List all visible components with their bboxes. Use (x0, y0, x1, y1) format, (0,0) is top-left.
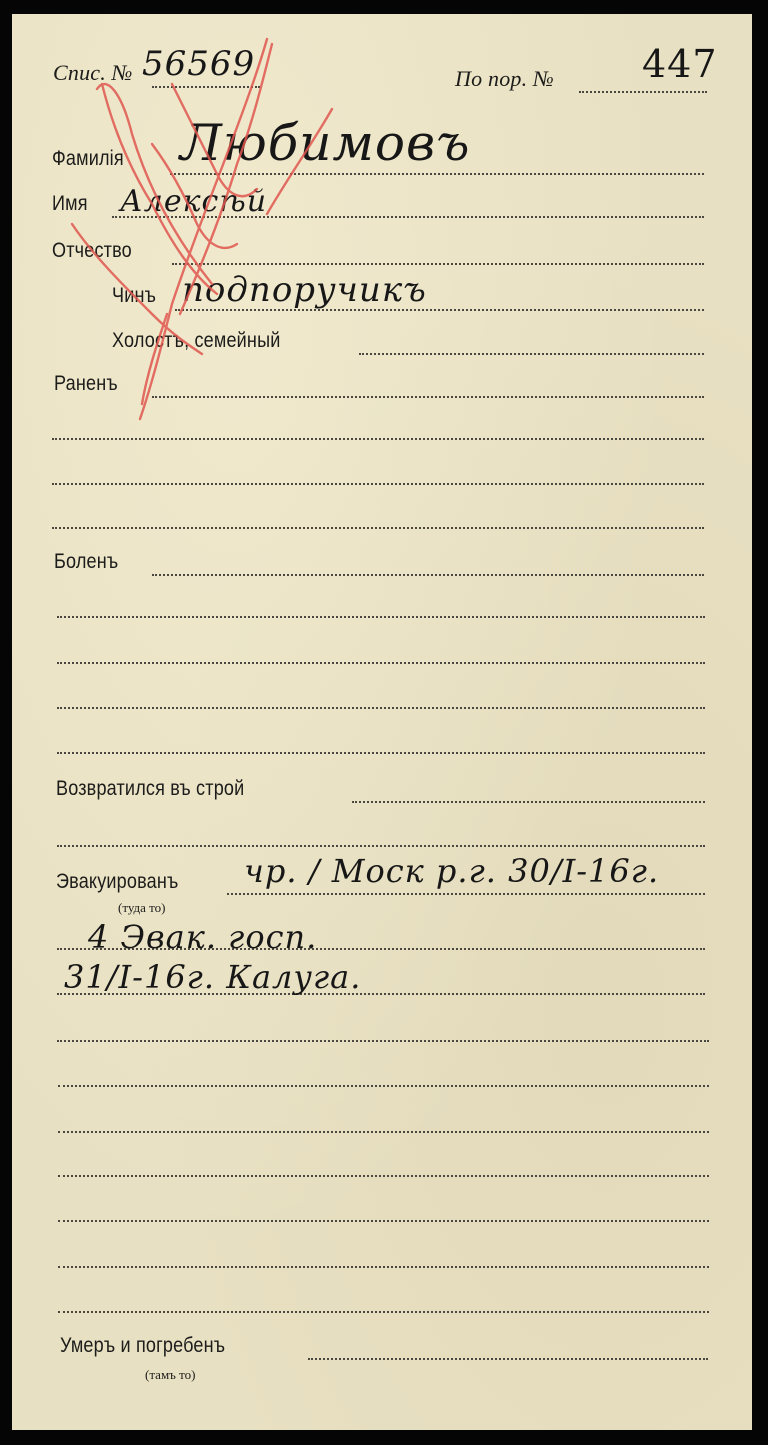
wounded-extra-line (52, 438, 704, 440)
list-number-label: Спис. № (53, 60, 133, 86)
sick-extra-line (57, 752, 705, 754)
list-number-line (152, 86, 260, 88)
first-name-label: Имя (52, 192, 88, 216)
patronymic-label: Отчество (52, 239, 132, 263)
blank-line (58, 1266, 709, 1268)
sequence-number-value: 447 (642, 42, 718, 86)
returned-to-duty-label: Возвратился въ строй (56, 777, 244, 801)
wounded-label: Раненъ (54, 372, 118, 396)
wounded-line (152, 396, 704, 398)
evacuated-value-line2: 4 Эвак. госп. (88, 918, 317, 956)
rank-label: Чинъ (112, 284, 156, 308)
sequence-number-label: По пор. № (455, 66, 554, 92)
blank-line (57, 1040, 709, 1042)
rank-value: подпоручикъ (182, 270, 427, 310)
evacuated-label: Эвакуированъ (56, 870, 178, 894)
first-name-value: Алексѣй (120, 184, 267, 219)
evacuated-sublabel: (туда то) (118, 900, 166, 916)
evacuated-value-line1: чр. / Моск р.г. 30/I-16г. (244, 852, 659, 890)
surname-line (170, 173, 704, 175)
sick-extra-line (57, 616, 705, 618)
died-buried-line (308, 1358, 708, 1360)
wounded-extra-line (52, 483, 704, 485)
surname-value: Любимовъ (180, 114, 470, 172)
died-buried-label: Умеръ и погребенъ (60, 1334, 225, 1358)
sequence-number-line (579, 91, 707, 93)
sick-line (152, 574, 704, 576)
blank-line (58, 1220, 709, 1222)
sick-extra-line (57, 707, 705, 709)
sick-extra-line (57, 662, 705, 664)
evacuated-value-line3: 31/I-16г. Калуга. (64, 958, 361, 996)
returned-extra-line (57, 845, 705, 847)
evacuated-line (227, 893, 705, 895)
blank-line (58, 1131, 709, 1133)
marital-status-line (359, 353, 704, 355)
blank-line (58, 1085, 709, 1087)
marital-status-label: Холостъ, семейный (112, 329, 280, 353)
surname-label: Фамилія (52, 147, 124, 171)
registration-card: Спис. № 56569 По пор. № 447 Фамилія Люби… (12, 14, 752, 1430)
blank-line (58, 1311, 709, 1313)
returned-to-duty-line (352, 801, 705, 803)
sick-label: Боленъ (54, 550, 118, 574)
patronymic-line (172, 263, 704, 265)
red-pencil-check-mark-icon (12, 14, 752, 1430)
died-buried-sublabel: (тамъ то) (145, 1367, 195, 1383)
wounded-extra-line (52, 527, 704, 529)
list-number-value: 56569 (142, 44, 255, 84)
blank-line (58, 1175, 709, 1177)
